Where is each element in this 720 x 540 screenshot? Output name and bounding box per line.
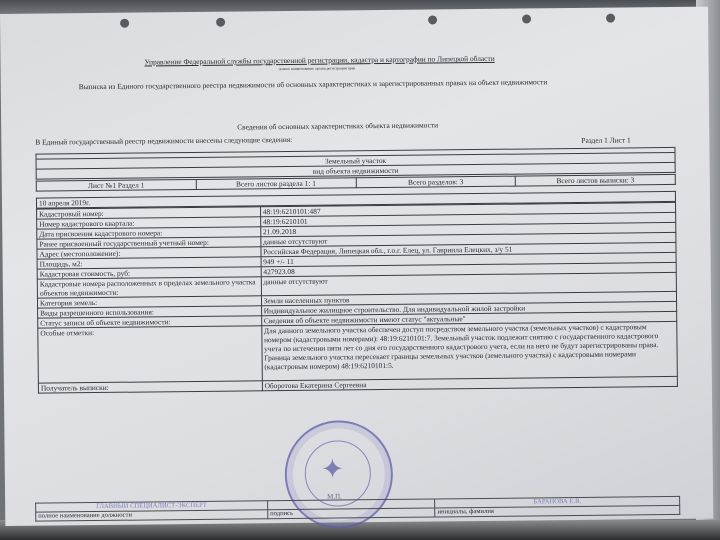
name-caption: инициалы, фамилия xyxy=(435,505,680,517)
punch-hole xyxy=(606,14,615,23)
punch-hole xyxy=(522,14,531,23)
characteristics-table: Кадастровый номер:48:19:6210101:487Номер… xyxy=(36,202,678,394)
punch-hole xyxy=(216,18,225,27)
sheet-number: Лист №1 Раздел 1 xyxy=(36,179,196,191)
sheets-in-section: Всего листов раздела 1: 1 xyxy=(196,178,356,190)
intro-text: В Единый государственный реестр недвижим… xyxy=(35,135,292,147)
row-value: Для данного земельного участка обеспечен… xyxy=(261,321,677,380)
punch-hole xyxy=(120,19,129,28)
row-label: Кадастровые номера расположенных в преде… xyxy=(37,277,261,298)
section-title: Сведения об основных характеристиках объ… xyxy=(237,120,438,131)
section-sheet-label: Раздел 1 Лист 1 xyxy=(581,135,630,145)
total-sheets: Всего листов выписки: 3 xyxy=(515,174,675,186)
row-label: Получатель выписки: xyxy=(38,381,262,393)
total-sections: Всего разделов: 3 xyxy=(356,176,516,188)
position-caption: полное наименование должности xyxy=(36,510,268,521)
authority-caption: полное наименование органа регистрации п… xyxy=(279,66,356,71)
authority-name: Управление Федеральной службы государств… xyxy=(144,54,494,67)
signature-table: ГЛАВНЫЙ СПЕЦИАЛИСТ-ЭКСПЕРТ БАРАНОВА Е.В.… xyxy=(35,496,680,522)
extract-title: Выписка из Единого государственного реес… xyxy=(79,77,548,91)
eagle-emblem-icon: ✦ xyxy=(321,452,345,486)
punch-hole xyxy=(428,15,437,24)
document-page: Управление Федеральной службы государств… xyxy=(0,7,713,526)
signature-caption: подпись xyxy=(268,508,436,519)
table-row: Особые отметки:Для данного земельного уч… xyxy=(38,321,678,383)
row-label: Особые отметки: xyxy=(38,326,262,383)
